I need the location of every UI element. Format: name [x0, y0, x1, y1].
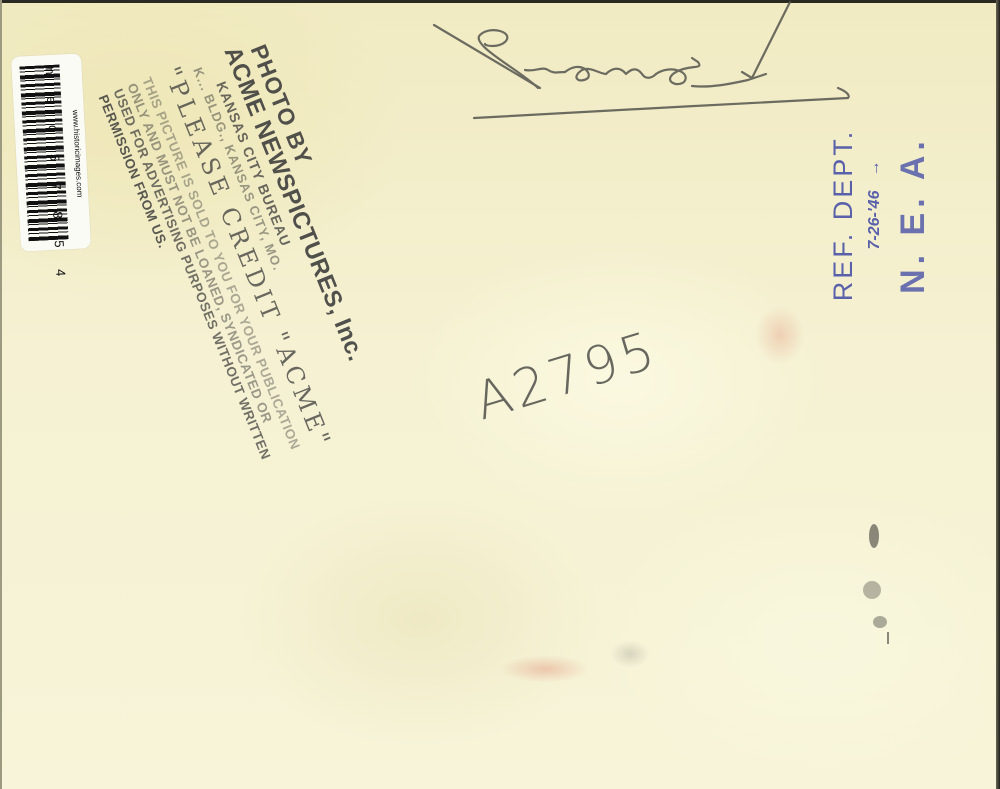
grey-stain — [610, 640, 650, 668]
barcode-label: n e d 5 7 8 5 4 www.historicimages.com — [11, 53, 91, 251]
ref-dept-date: 7-26-'46 — [866, 191, 883, 250]
signature-stroke — [434, 25, 540, 88]
ref-dept-date-row: 7-26-'46→ — [865, 129, 884, 302]
scan-edge-left — [0, 0, 2, 789]
nea-organization: N. E. A. — [892, 129, 933, 302]
red-stain — [500, 655, 590, 683]
ref-dept-title: REF. DEPT. — [827, 129, 859, 302]
arrow-icon: → — [866, 161, 883, 177]
barcode-website: www.historicimages.com — [71, 110, 85, 198]
ref-dept-stamp: REF. DEPT. 7-26-'46→ N. E. A. — [827, 129, 933, 302]
scan-edge-right — [996, 0, 1000, 789]
pencil-signature — [430, 0, 860, 130]
red-stain — [755, 305, 805, 365]
ink-smudge — [858, 520, 898, 650]
